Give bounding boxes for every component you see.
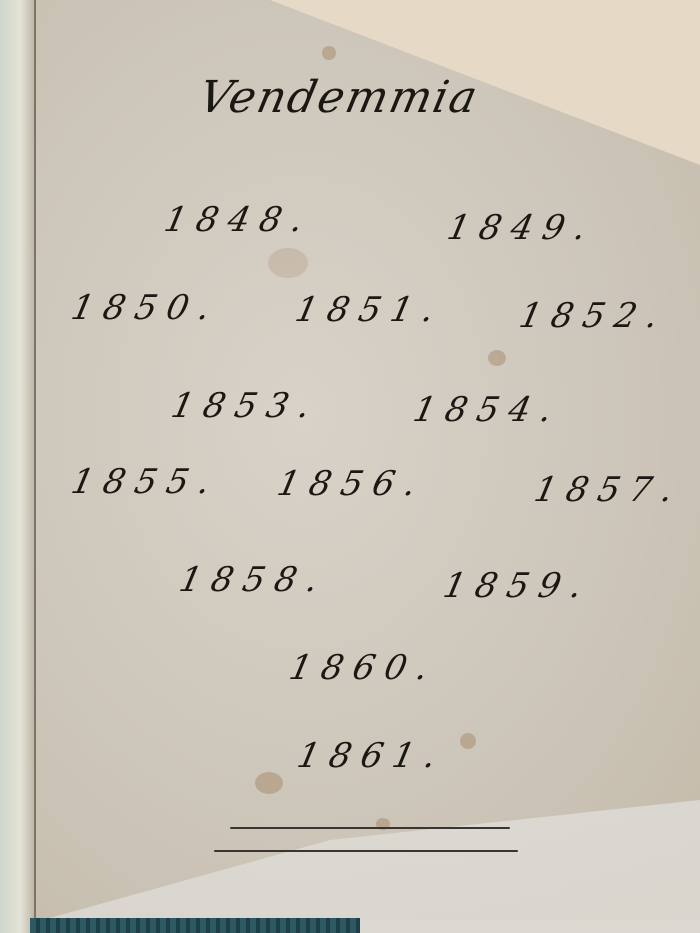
closing-rule-bottom	[214, 850, 518, 852]
year-1859: 1859.	[440, 566, 596, 606]
year-1851: 1851.	[292, 290, 448, 330]
foxing-spot	[322, 46, 336, 60]
book-cover-edge	[30, 918, 360, 933]
year-1857: 1857.	[531, 470, 687, 510]
year-1855: 1855.	[68, 462, 224, 502]
year-1860: 1860.	[286, 648, 442, 688]
year-1856: 1856.	[274, 464, 430, 504]
foxing-spot	[255, 772, 283, 794]
foxing-spot	[460, 733, 476, 749]
closing-rule-top	[230, 827, 510, 829]
year-1858: 1858.	[176, 560, 332, 600]
foxing-spot	[268, 248, 308, 278]
year-1853: 1853.	[168, 386, 324, 426]
page-heading: Vendemmia	[195, 72, 484, 123]
year-1849: 1849.	[444, 208, 600, 248]
year-1861: 1861.	[294, 736, 450, 776]
book-spine	[0, 0, 36, 933]
year-1850: 1850.	[68, 288, 224, 328]
year-1848: 1848.	[161, 200, 317, 240]
year-1854: 1854.	[410, 390, 566, 430]
manuscript-page	[36, 0, 700, 920]
year-1852: 1852.	[516, 296, 672, 336]
foxing-spot	[488, 350, 506, 366]
